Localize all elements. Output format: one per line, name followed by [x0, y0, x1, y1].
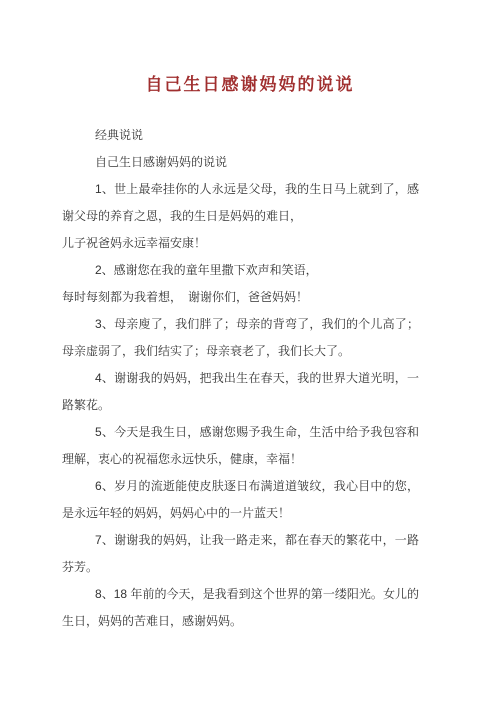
article-paragraph: 5、今天是我生日，感谢您赐予我生命，生活中给予我包容和理解，衷心的祝福您永远快乐… [62, 419, 419, 473]
article-body: 经典说说 自己生日感谢妈妈的说说 1、世上最牵挂你的人永远是父母，我的生日马上就… [62, 122, 419, 635]
article-paragraph: 1、世上最牵挂你的人永远是父母，我的生日马上就到了，感谢父母的养育之恩，我的生日… [62, 176, 419, 230]
page-title: 自己生日感谢妈妈的说说 [0, 70, 500, 95]
article-paragraph: 8、18 年前的今天，是我看到这个世界的第一缕阳光。女儿的生日，妈妈的苦难日，感… [62, 581, 419, 635]
article-paragraph: 3、母亲廋了，我们胖了；母亲的背弯了，我们的个儿高了；母亲虚弱了，我们结实了；母… [62, 311, 419, 365]
paragraph-list: 1、世上最牵挂你的人永远是父母，我的生日马上就到了，感谢父母的养育之恩，我的生日… [62, 176, 419, 635]
category-label: 经典说说 [62, 122, 419, 149]
document-page: 自己生日感谢妈妈的说说 经典说说 自己生日感谢妈妈的说说 1、世上最牵挂你的人永… [0, 0, 500, 708]
article-subtitle: 自己生日感谢妈妈的说说 [62, 149, 419, 176]
article-paragraph: 4、谢谢我的妈妈，把我出生在春天，我的世界大道光明，一路繁花。 [62, 365, 419, 419]
article-paragraph: 儿子祝爸妈永远幸福安康！ [62, 230, 419, 257]
article-paragraph: 每时每刻都为我着想， 谢谢你们，爸爸妈妈！ [62, 284, 419, 311]
article-paragraph: 2、感谢您在我的童年里撒下欢声和笑语， [62, 257, 419, 284]
article-paragraph: 6、岁月的流逝能使皮肤逐日布满道道皱纹，我心目中的您，是永远年轻的妈妈，妈妈心中… [62, 473, 419, 527]
article-paragraph: 7、谢谢我的妈妈，让我一路走来，都在春天的繁花中，一路芬芳。 [62, 527, 419, 581]
